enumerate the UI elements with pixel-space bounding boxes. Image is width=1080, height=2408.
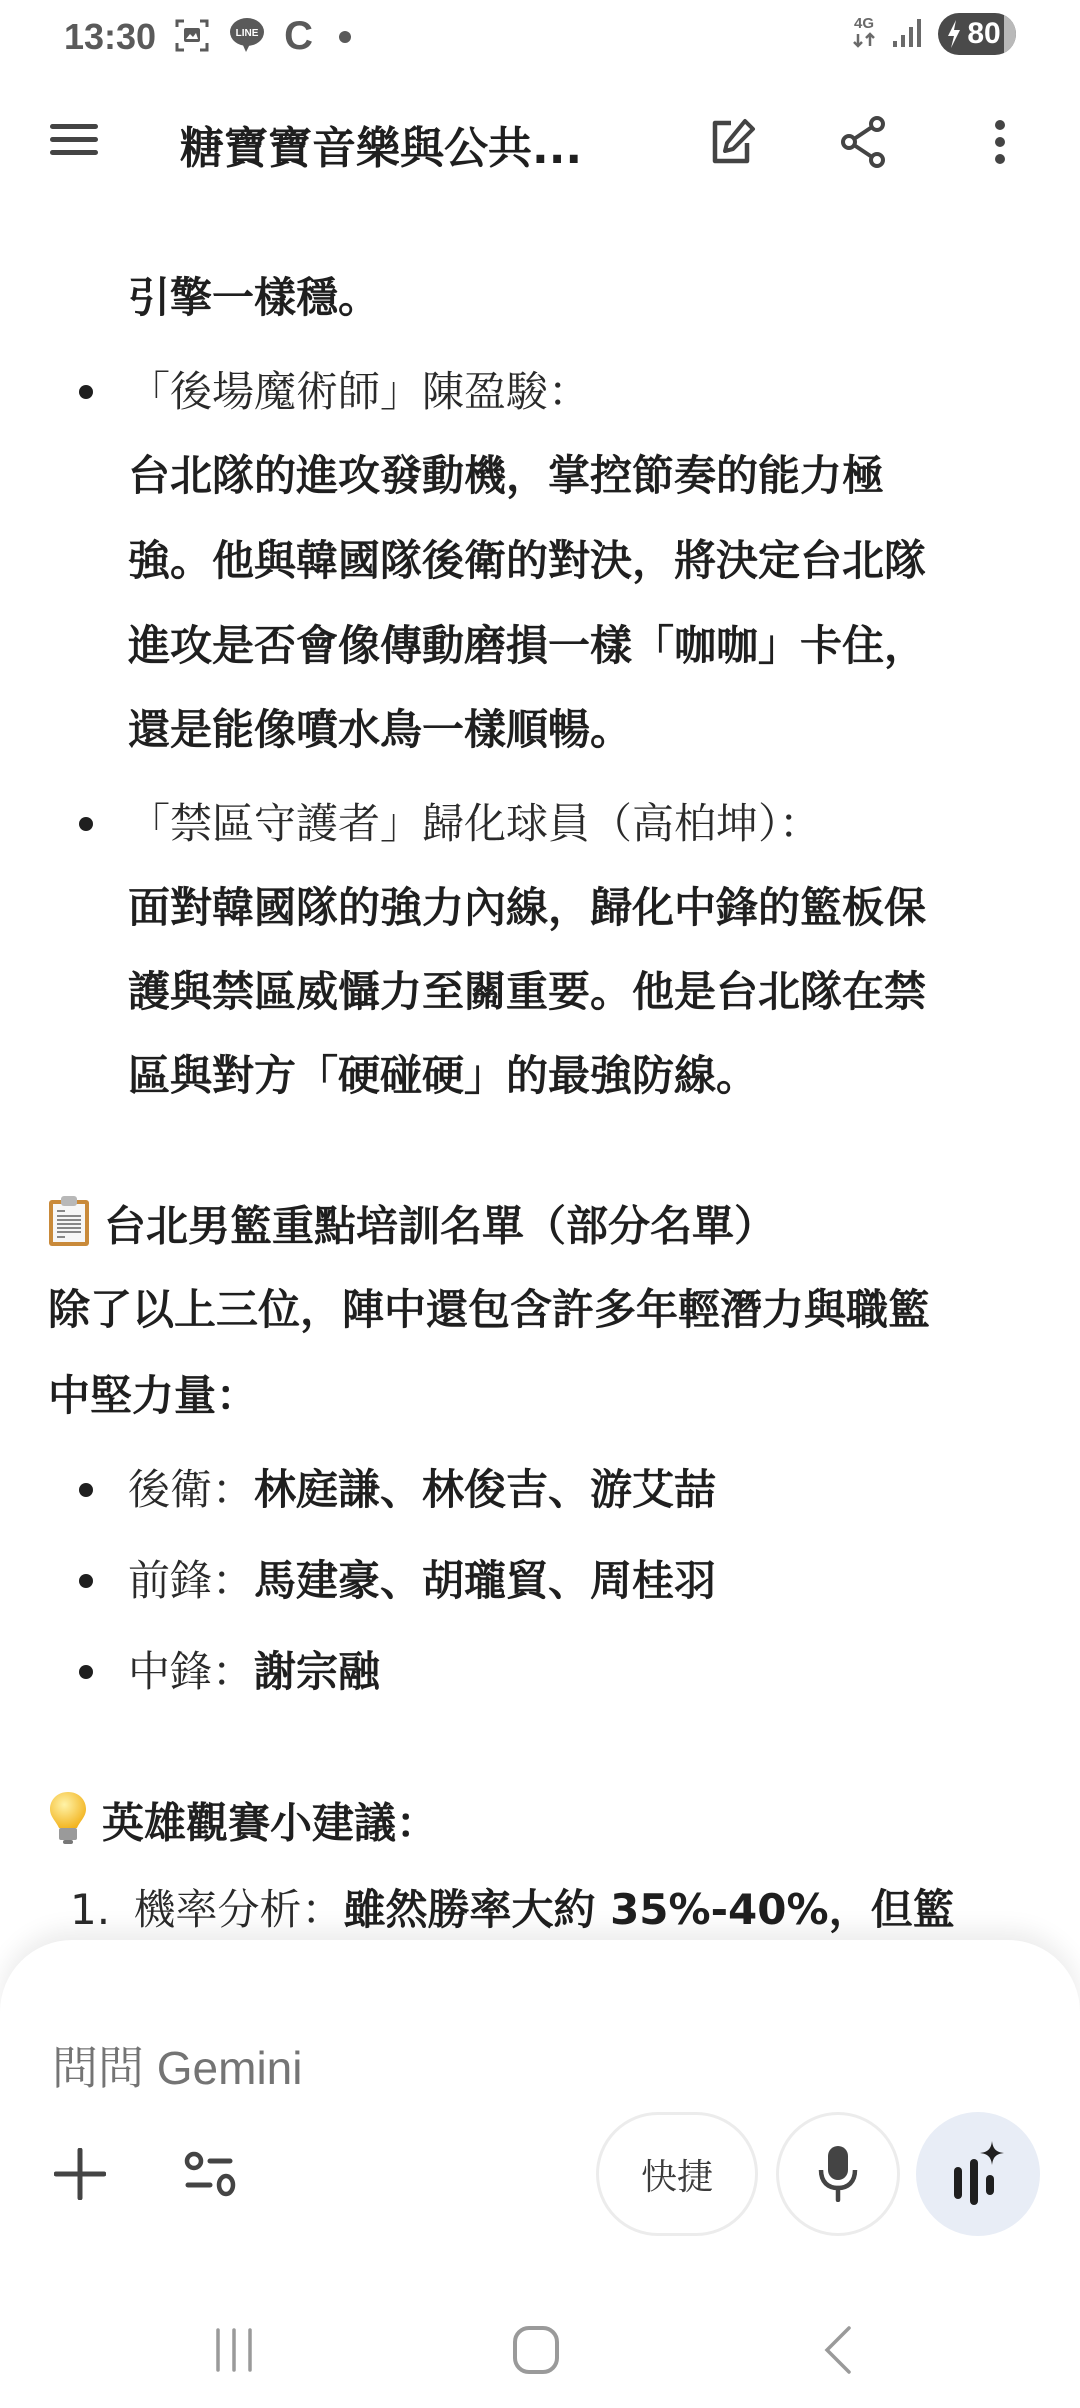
- bullet: [79, 817, 93, 831]
- microphone-button[interactable]: [776, 2112, 900, 2236]
- player-desc-line: 護與禁區威懾力至關重要。他是台北隊在禁: [128, 962, 926, 1022]
- quick-button[interactable]: 快捷: [596, 2112, 758, 2236]
- recent-apps-button[interactable]: [174, 2310, 294, 2390]
- status-time: 13:30: [64, 16, 156, 58]
- share-icon: [839, 115, 889, 169]
- svg-text:LINE: LINE: [236, 28, 259, 39]
- continuation-text: 引擎一樣穩。: [128, 268, 380, 328]
- add-button[interactable]: [40, 2126, 120, 2222]
- conversation-title[interactable]: 糖寶寶音樂與公共...: [180, 112, 582, 176]
- player-desc-line: 面對韓國隊的強力內線，歸化中鋒的籃板保: [128, 878, 926, 938]
- roster-position-item: 後衛：林庭謙、林俊吉、游艾喆: [128, 1460, 716, 1520]
- c-app-icon: C: [284, 14, 313, 59]
- player-desc-line: 進攻是否會像傳動磨損一樣「咖咖」卡住，: [128, 616, 926, 676]
- status-bar: 13:30 LINE C 4G: [0, 0, 1080, 72]
- tips-heading: 英雄觀賽小建議：: [48, 1790, 438, 1862]
- status-right: 4G 80: [850, 12, 1016, 56]
- svg-text:4G: 4G: [854, 15, 874, 32]
- more-icon: [993, 118, 1007, 166]
- recent-apps-icon: [212, 2326, 256, 2374]
- battery-indicator: 80: [938, 13, 1016, 55]
- menu-button[interactable]: [48, 120, 108, 168]
- screen: 13:30 LINE C 4G: [0, 0, 1080, 2408]
- roster-intro-line: 除了以上三位，陣中還包含許多年輕潛力與職籃: [48, 1280, 930, 1340]
- tips-item-text: 雖然勝率大約 35%-40%，但籃: [343, 1885, 954, 1934]
- player-desc-line: 強。他與韓國隊後衛的對決，將決定台北隊: [128, 531, 926, 591]
- bullet: [79, 1574, 93, 1588]
- bullet: [79, 385, 93, 399]
- gemini-live-icon: [948, 2141, 1008, 2207]
- roster-heading: 台北男籃重點培訓名單（部分名單）: [48, 1194, 776, 1264]
- home-icon: [512, 2325, 560, 2375]
- tips-item-number: 1.: [70, 1885, 110, 1934]
- clipboard-icon: [48, 1194, 90, 1264]
- player-desc-line: 區與對方「硬碰硬」的最強防線。: [128, 1046, 758, 1106]
- home-button[interactable]: [476, 2310, 596, 2390]
- prompt-input[interactable]: 問問 Gemini: [52, 2032, 302, 2098]
- lightbulb-icon: [48, 1790, 88, 1862]
- screenshot-icon: [174, 17, 210, 57]
- player-desc-line: 台北隊的進攻發動機，掌控節奏的能力極: [128, 446, 884, 506]
- position-names: 謝宗融: [254, 1647, 380, 1696]
- add-icon: [54, 2148, 106, 2200]
- back-icon: [823, 2326, 853, 2374]
- player-label: 「後場魔術師」陳盈駿：: [128, 362, 590, 422]
- status-left: 13:30 LINE C: [64, 14, 351, 59]
- quick-label: 快捷: [641, 2149, 713, 2200]
- tips-heading-text: 英雄觀賽小建議：: [102, 1799, 438, 1848]
- gemini-live-button[interactable]: [916, 2112, 1040, 2236]
- share-button[interactable]: [834, 112, 894, 172]
- position-label: 前鋒：: [128, 1556, 254, 1605]
- roster-intro-line: 中堅力量：: [48, 1366, 258, 1426]
- player-label: 「禁區守護者」歸化球員（高柏坤）：: [128, 794, 821, 854]
- back-button[interactable]: [778, 2310, 898, 2390]
- position-label: 中鋒：: [128, 1647, 254, 1696]
- player-desc-line: 還是能像噴水鳥一樣順暢。: [128, 700, 632, 760]
- line-app-icon: LINE: [228, 16, 266, 58]
- navigation-bar: [0, 2290, 1080, 2408]
- microphone-icon: [818, 2146, 858, 2202]
- roster-heading-text: 台北男籃重點培訓名單（部分名單）: [104, 1202, 776, 1251]
- battery-level: 80: [953, 17, 1000, 51]
- signal-icon: [892, 15, 924, 53]
- hamburger-icon: [48, 120, 100, 160]
- edit-icon: [707, 117, 757, 167]
- position-names: 林庭謙、林俊吉、游艾喆: [254, 1465, 716, 1514]
- edit-button[interactable]: [702, 112, 762, 172]
- tips-item-label: 機率分析：: [133, 1885, 343, 1934]
- more-options-button[interactable]: [970, 112, 1030, 172]
- position-names: 馬建豪、胡瓏貿、周桂羽: [254, 1556, 716, 1605]
- app-bar: 糖寶寶音樂與公共...: [0, 92, 1080, 192]
- position-label: 後衛：: [128, 1465, 254, 1514]
- roster-position-item: 前鋒：馬建豪、胡瓏貿、周桂羽: [128, 1551, 716, 1611]
- dot-icon: [339, 31, 351, 43]
- tips-item: 1. 機率分析：雖然勝率大約 35%-40%，但籃: [70, 1880, 955, 1940]
- roster-position-item: 中鋒：謝宗融: [128, 1642, 380, 1702]
- network-4g-icon: 4G: [850, 12, 878, 56]
- tools-icon: [184, 2149, 240, 2199]
- bullet: [79, 1483, 93, 1497]
- bullet: [79, 1665, 93, 1679]
- tools-button[interactable]: [172, 2126, 252, 2222]
